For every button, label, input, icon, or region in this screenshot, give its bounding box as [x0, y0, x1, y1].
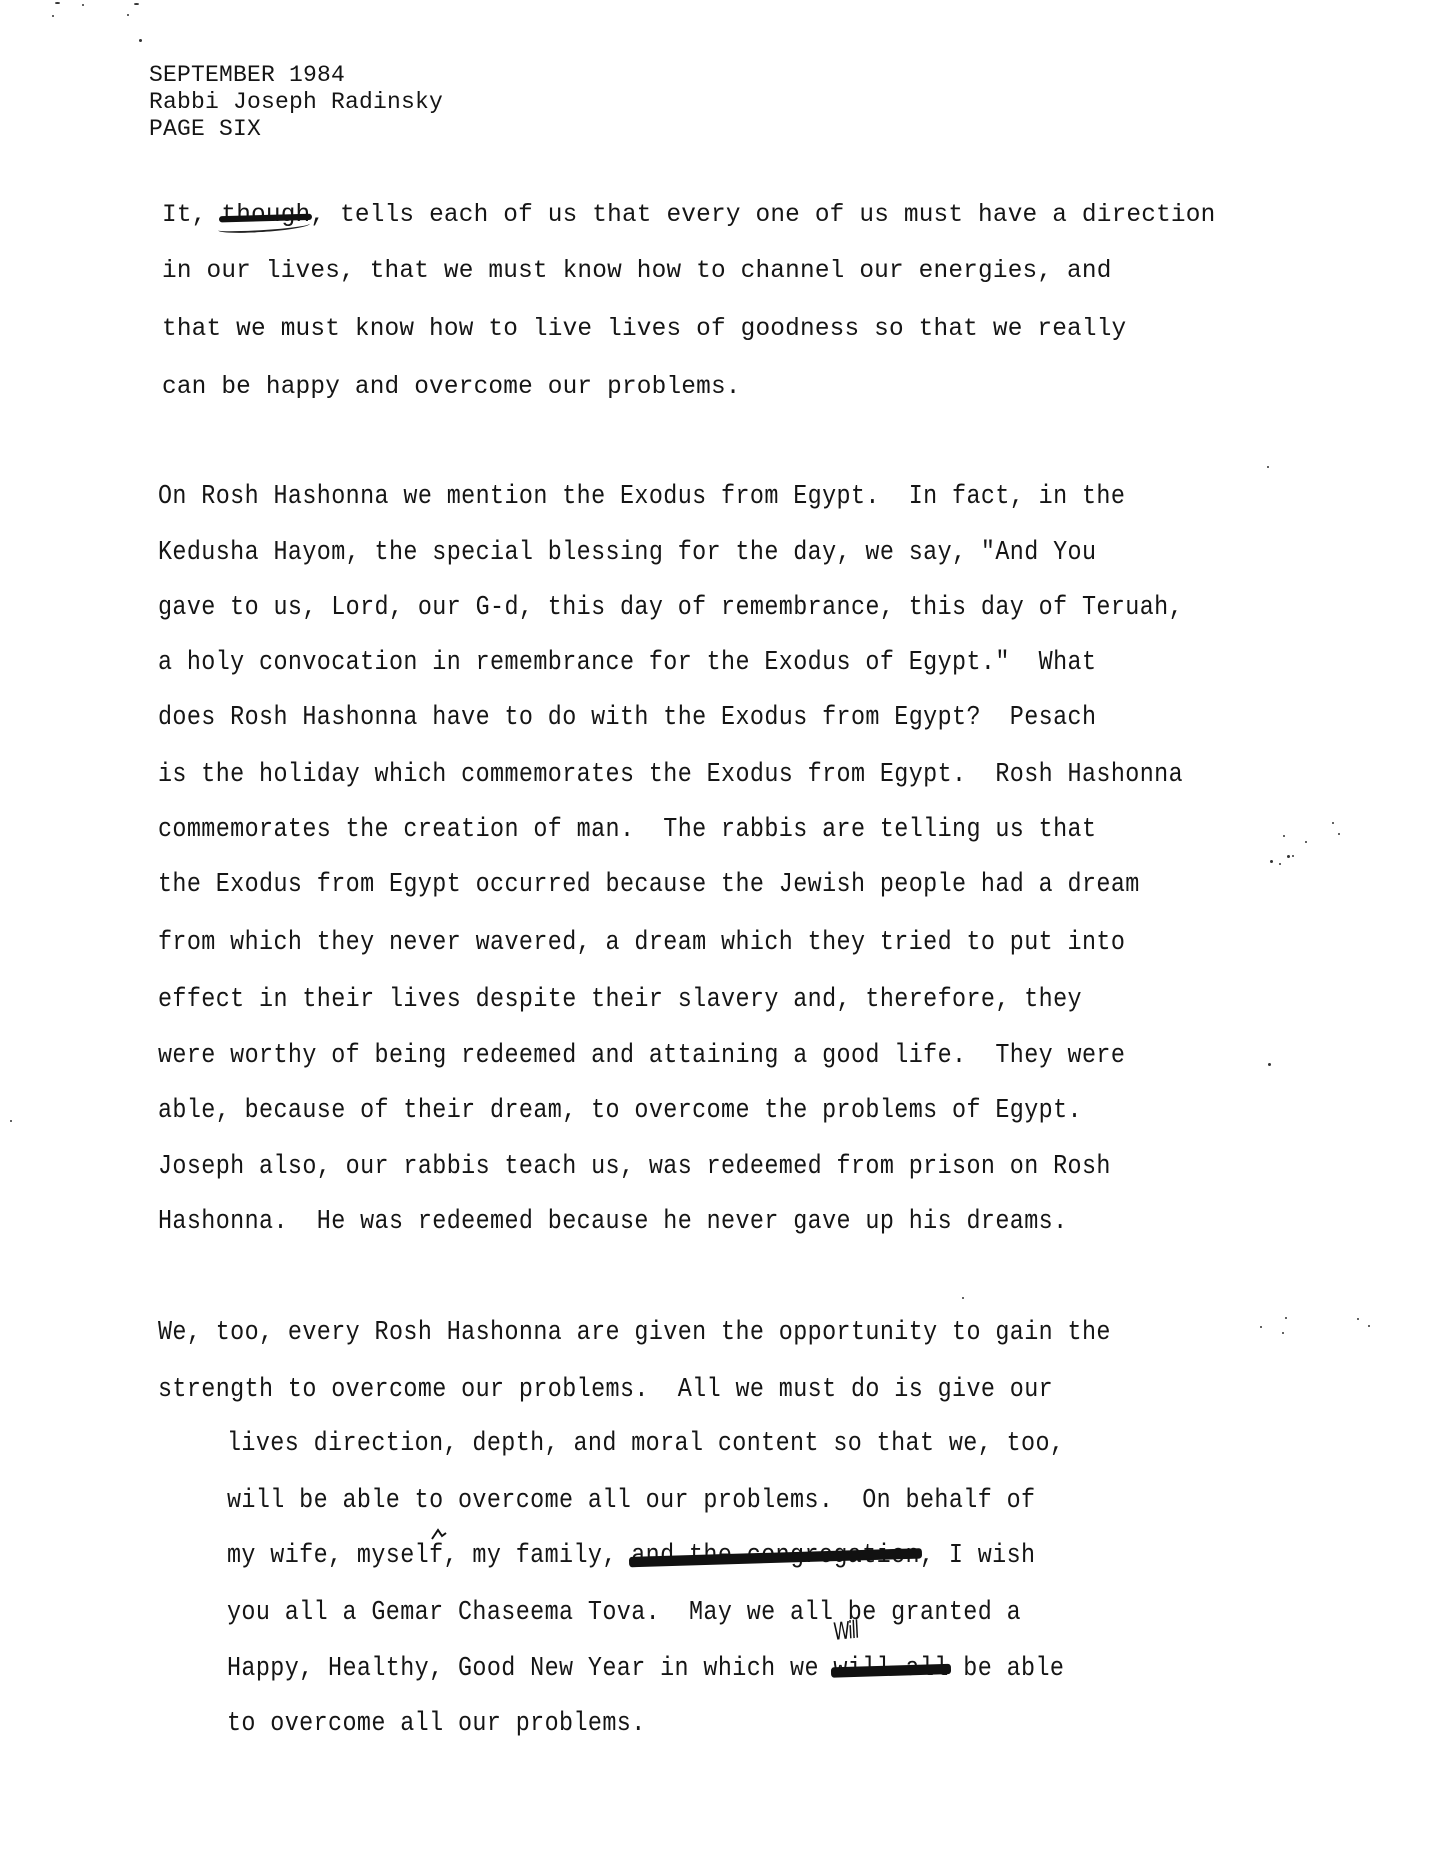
header-page-number: PAGE SIX: [149, 116, 443, 143]
text-line: were worthy of being redeemed and attain…: [158, 1039, 1125, 1074]
scan-speck: [962, 1297, 964, 1299]
text-line: gave to us, Lord, our G-d, this day of r…: [158, 591, 1183, 626]
document-page: SEPTEMBER 1984 Rabbi Joseph Radinsky PAG…: [0, 0, 1430, 1851]
text-line: will be able to overcome all our problem…: [227, 1484, 1035, 1519]
text-line: to overcome all our problems.: [227, 1707, 646, 1742]
scan-speck: [1292, 855, 1294, 857]
text-line: Joseph also, our rabbis teach us, was re…: [158, 1150, 1111, 1185]
page-header: SEPTEMBER 1984 Rabbi Joseph Radinsky PAG…: [149, 62, 443, 143]
scan-speck: [1260, 1326, 1262, 1328]
scan-speck: [1285, 1317, 1287, 1319]
scan-speck: [139, 39, 142, 42]
scan-speck: [82, 4, 84, 6]
scan-speck: [1332, 822, 1334, 824]
text-line: able, because of their dream, to overcom…: [158, 1094, 1082, 1129]
text-line: On Rosh Hashonna we mention the Exodus f…: [158, 480, 1125, 515]
scan-speck: [1357, 1318, 1359, 1320]
scan-speck: [55, 2, 60, 4]
scan-speck: [1305, 841, 1307, 843]
text-line: lives direction, depth, and moral conten…: [227, 1427, 1064, 1462]
insert-caret-icon: [430, 1527, 448, 1541]
scan-speck: [134, 3, 139, 5]
scan-speck: [1279, 863, 1281, 865]
text-line: the Exodus from Egypt occurred because t…: [158, 868, 1140, 903]
text-line: strength to overcome our problems. All w…: [158, 1373, 1053, 1408]
header-author: Rabbi Joseph Radinsky: [149, 89, 443, 116]
text-line: you all a Gemar Chaseema Tova. May we al…: [227, 1596, 1021, 1631]
scan-speck: [1282, 1332, 1284, 1334]
text-line: does Rosh Hashonna have to do with the E…: [158, 701, 1096, 736]
scan-speck: [1270, 860, 1273, 863]
struck-phrase: will all: [833, 1652, 949, 1687]
scan-speck: [1368, 1325, 1370, 1327]
handwritten-insert: Will: [833, 1616, 859, 1646]
text-line: Hashonna. He was redeemed because he nev…: [158, 1205, 1068, 1240]
text-line: Kedusha Hayom, the special blessing for …: [158, 536, 1096, 571]
text-line: is the holiday which commemorates the Ex…: [158, 758, 1183, 793]
header-date: SEPTEMBER 1984: [149, 62, 443, 89]
text-line: effect in their lives despite their slav…: [158, 983, 1082, 1018]
scan-speck: [1267, 466, 1269, 468]
text-line: It, though, tells each of us that every …: [162, 200, 1215, 231]
text-line: in our lives, that we must know how to c…: [162, 256, 1112, 287]
struck-phrase: and the congregation: [631, 1539, 920, 1574]
scan-speck: [1283, 835, 1285, 837]
text-line: commemorates the creation of man. The ra…: [158, 813, 1096, 848]
scan-speck: [1287, 855, 1290, 858]
scan-speck: [127, 14, 129, 16]
text-line: can be happy and overcome our problems.: [162, 372, 741, 403]
text-line: my wife, myself, my family, and the cong…: [227, 1539, 1035, 1574]
text-line: Happy, Healthy, Good New Year in which w…: [227, 1652, 1064, 1687]
scan-speck: [1268, 1063, 1271, 1066]
scan-speck: [52, 15, 54, 17]
text-line: We, too, every Rosh Hashonna are given t…: [158, 1316, 1111, 1351]
text-line: a holy convocation in remembrance for th…: [158, 646, 1096, 681]
text-line: that we must know how to live lives of g…: [162, 314, 1126, 345]
text-line: from which they never wavered, a dream w…: [158, 926, 1125, 961]
scan-speck: [1338, 833, 1340, 835]
scan-speck: [10, 1120, 12, 1122]
